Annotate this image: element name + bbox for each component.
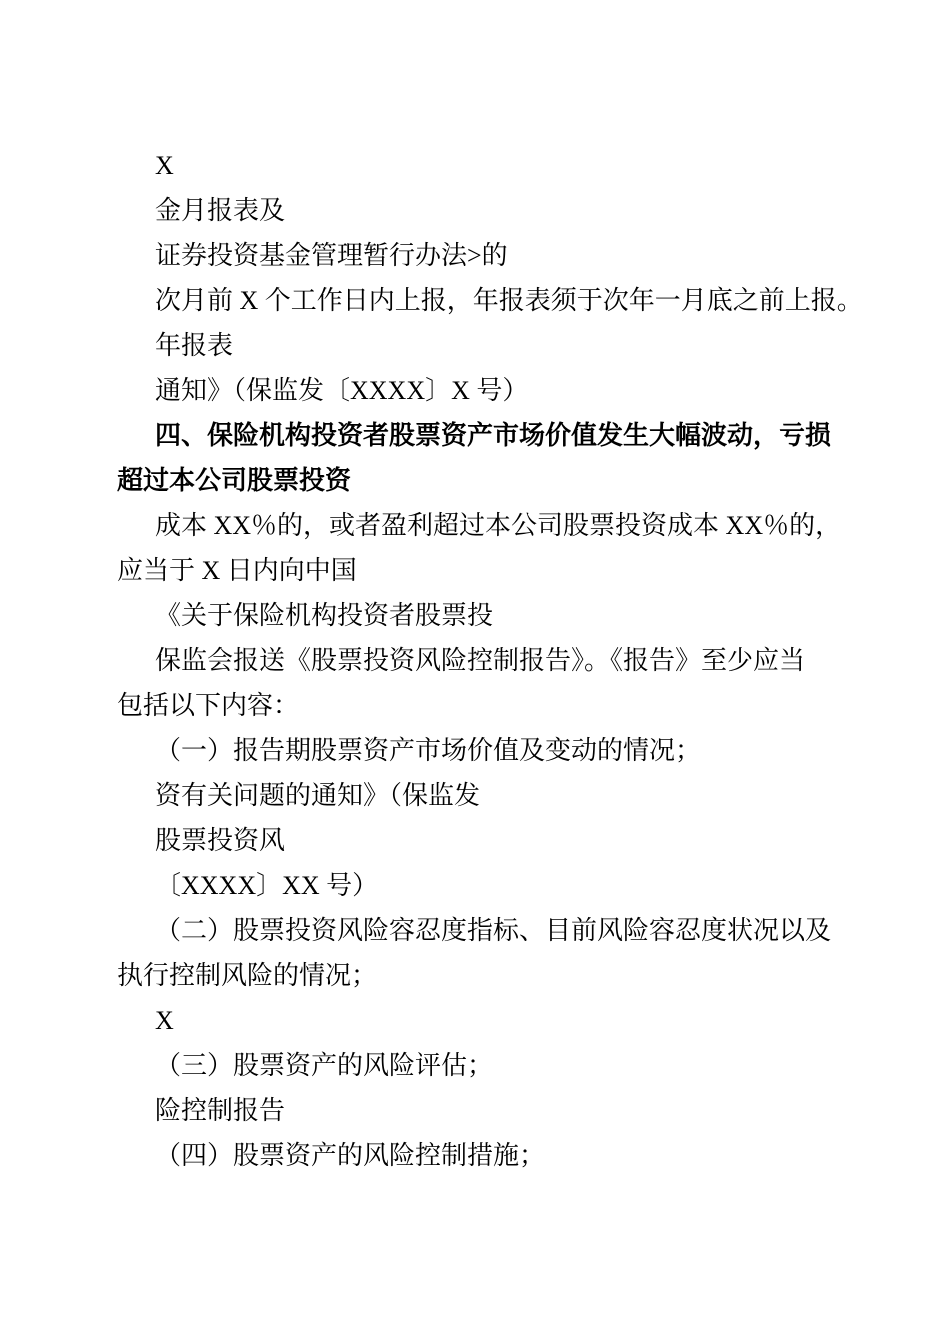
list-item-line: （二）股票投资风险容忍度指标、目前风险容忍度状况以及 <box>117 908 833 953</box>
list-item-line: （一）报告期股票资产市场价值及变动的情况； <box>117 728 833 773</box>
text-line: 资有关问题的通知》（保监发 <box>117 773 833 818</box>
text-line: 险控制报告 <box>117 1088 833 1133</box>
text-line: 《关于保险机构投资者股票投 <box>117 593 833 638</box>
text-line: 包括以下内容： <box>117 683 833 728</box>
text-line: 执行控制风险的情况； <box>117 953 833 998</box>
document-page: X 金月报表及 证券投资基金管理暂行办法>的 次月前 X 个工作日内上报，年报表… <box>0 0 950 1344</box>
text-line: 次月前 X 个工作日内上报，年报表须于次年一月底之前上报。 <box>117 278 833 323</box>
list-item-line: （三）股票资产的风险评估； <box>117 1043 833 1088</box>
text-line: 年报表 <box>117 323 833 368</box>
text-line: 通知》（保监发〔XXXX〕X 号） <box>117 368 833 413</box>
text-line: 股票投资风 <box>117 818 833 863</box>
text-line: 〔XXXX〕XX 号） <box>117 863 833 908</box>
section-heading-line: 超过本公司股票投资 <box>117 458 833 503</box>
text-line: 金月报表及 <box>117 188 833 233</box>
text-line: X <box>117 998 833 1043</box>
text-line: 应当于 X 日内向中国 <box>117 548 833 593</box>
text-line: 证券投资基金管理暂行办法>的 <box>117 233 833 278</box>
text-line: 成本 XX％的，或者盈利超过本公司股票投资成本 XX％的， <box>117 503 833 548</box>
section-heading-line: 四、保险机构投资者股票资产市场价值发生大幅波动，亏损 <box>117 413 833 458</box>
text-line: 保监会报送《股票投资风险控制报告》。《报告》至少应当 <box>117 638 833 683</box>
text-line: X <box>117 143 833 188</box>
list-item-line: （四）股票资产的风险控制措施； <box>117 1133 833 1178</box>
